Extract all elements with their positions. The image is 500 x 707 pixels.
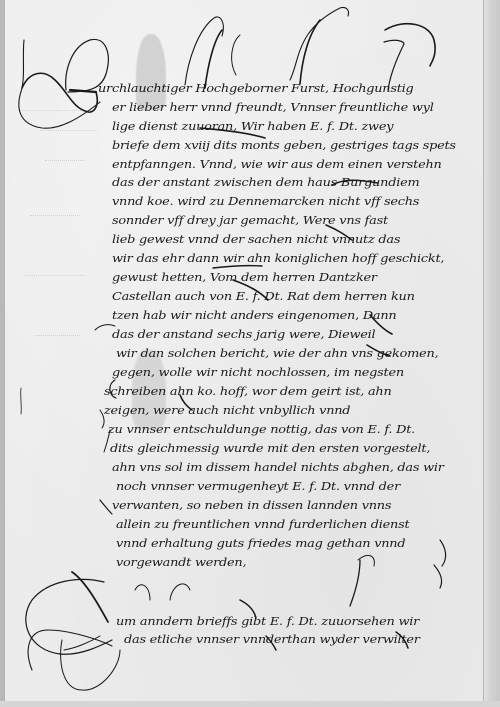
manuscript-line: verwanten, so neben in dissen lannden vn… <box>112 499 391 512</box>
manuscript-line: lige dienst zuuoran, Wir haben E. f. Dt.… <box>112 120 393 133</box>
initial-z-flourish <box>28 630 112 670</box>
manuscript-line: lieb gewest vnnd der sachen nicht vnnutz… <box>112 233 400 246</box>
manuscript-line: um anndern brieffs gibt E. f. Dt. zuuors… <box>116 615 419 628</box>
ascender-flourish <box>185 17 223 85</box>
manuscript-line: das etliche vnnser vnnderthan wyder verw… <box>124 633 420 646</box>
manuscript-line: briefe dem xviij dits monts geben, gestr… <box>112 139 456 152</box>
page-bottom-edge <box>0 701 500 707</box>
manuscript-line: vnnd erhaltung guts friedes mag gethan v… <box>116 537 405 550</box>
bleed-through-text <box>35 335 80 337</box>
manuscript-line: das der anstand sechs jarig were, Diewei… <box>112 328 375 341</box>
manuscript-line: wir das ehr dann wir ahn koniglichen hof… <box>112 252 444 265</box>
manuscript-line: dits gleichmessig wurde mit den ersten v… <box>110 442 430 455</box>
manuscript-line: zu vnnser entschuldunge nottig, das von … <box>108 423 415 436</box>
page-right-edge <box>483 0 500 707</box>
manuscript-line: Castellan auch von E. f. Dt. Rat dem her… <box>112 290 415 303</box>
initial-d-flourish <box>22 73 97 112</box>
manuscript-line: entpfanngen. Vnnd, wie wir aus dem einen… <box>112 158 442 171</box>
manuscript-line: das der anstant zwischen dem haus Burgun… <box>112 176 419 189</box>
manuscript-line: gegen, wolle wir nicht nochlossen, im ne… <box>112 366 404 379</box>
manuscript-line: schreiben ahn ko. hoff, wor dem geirt is… <box>104 385 392 398</box>
manuscript-line: sonnder vff drey jar gemacht, Were vns f… <box>112 214 388 227</box>
bleed-through-text <box>25 275 85 277</box>
manuscript-line: vorgewandt werden, <box>116 556 246 569</box>
manuscript-line: zeigen, were auch nicht vnbyllich vnnd <box>104 404 350 417</box>
manuscript-page: urchlauchtiger Hochgeborner Furst, Hochg… <box>0 0 500 707</box>
manuscript-line: vnnd koe. wird zu Dennemarcken nicht vff… <box>112 195 419 208</box>
bleed-through-text <box>45 160 85 162</box>
manuscript-line: wir dan solchen bericht, wie der ahn vns… <box>116 347 438 360</box>
bleed-through-text <box>30 215 80 217</box>
bleed-through-text <box>40 130 95 132</box>
manuscript-line: allein zu freuntlichen vnnd furderlichen… <box>116 518 409 531</box>
manuscript-line: er lieber herr vnnd freundt, Vnnser freu… <box>112 101 434 114</box>
manuscript-line: gewust hetten, Vom dem herren Dantzker <box>112 271 377 284</box>
bleed-through-text <box>20 110 95 112</box>
manuscript-line: ahn vns sol im dissem handel nichts abgh… <box>112 461 444 474</box>
manuscript-line: tzen hab wir nicht anders eingenomen, Da… <box>112 309 396 322</box>
binding-line <box>4 0 5 707</box>
manuscript-line: noch vnnser vermugenheyt E. f. Dt. vnnd … <box>116 480 400 493</box>
paper-stain <box>136 34 166 110</box>
manuscript-line: urchlauchtiger Hochgeborner Furst, Hochg… <box>98 82 414 95</box>
